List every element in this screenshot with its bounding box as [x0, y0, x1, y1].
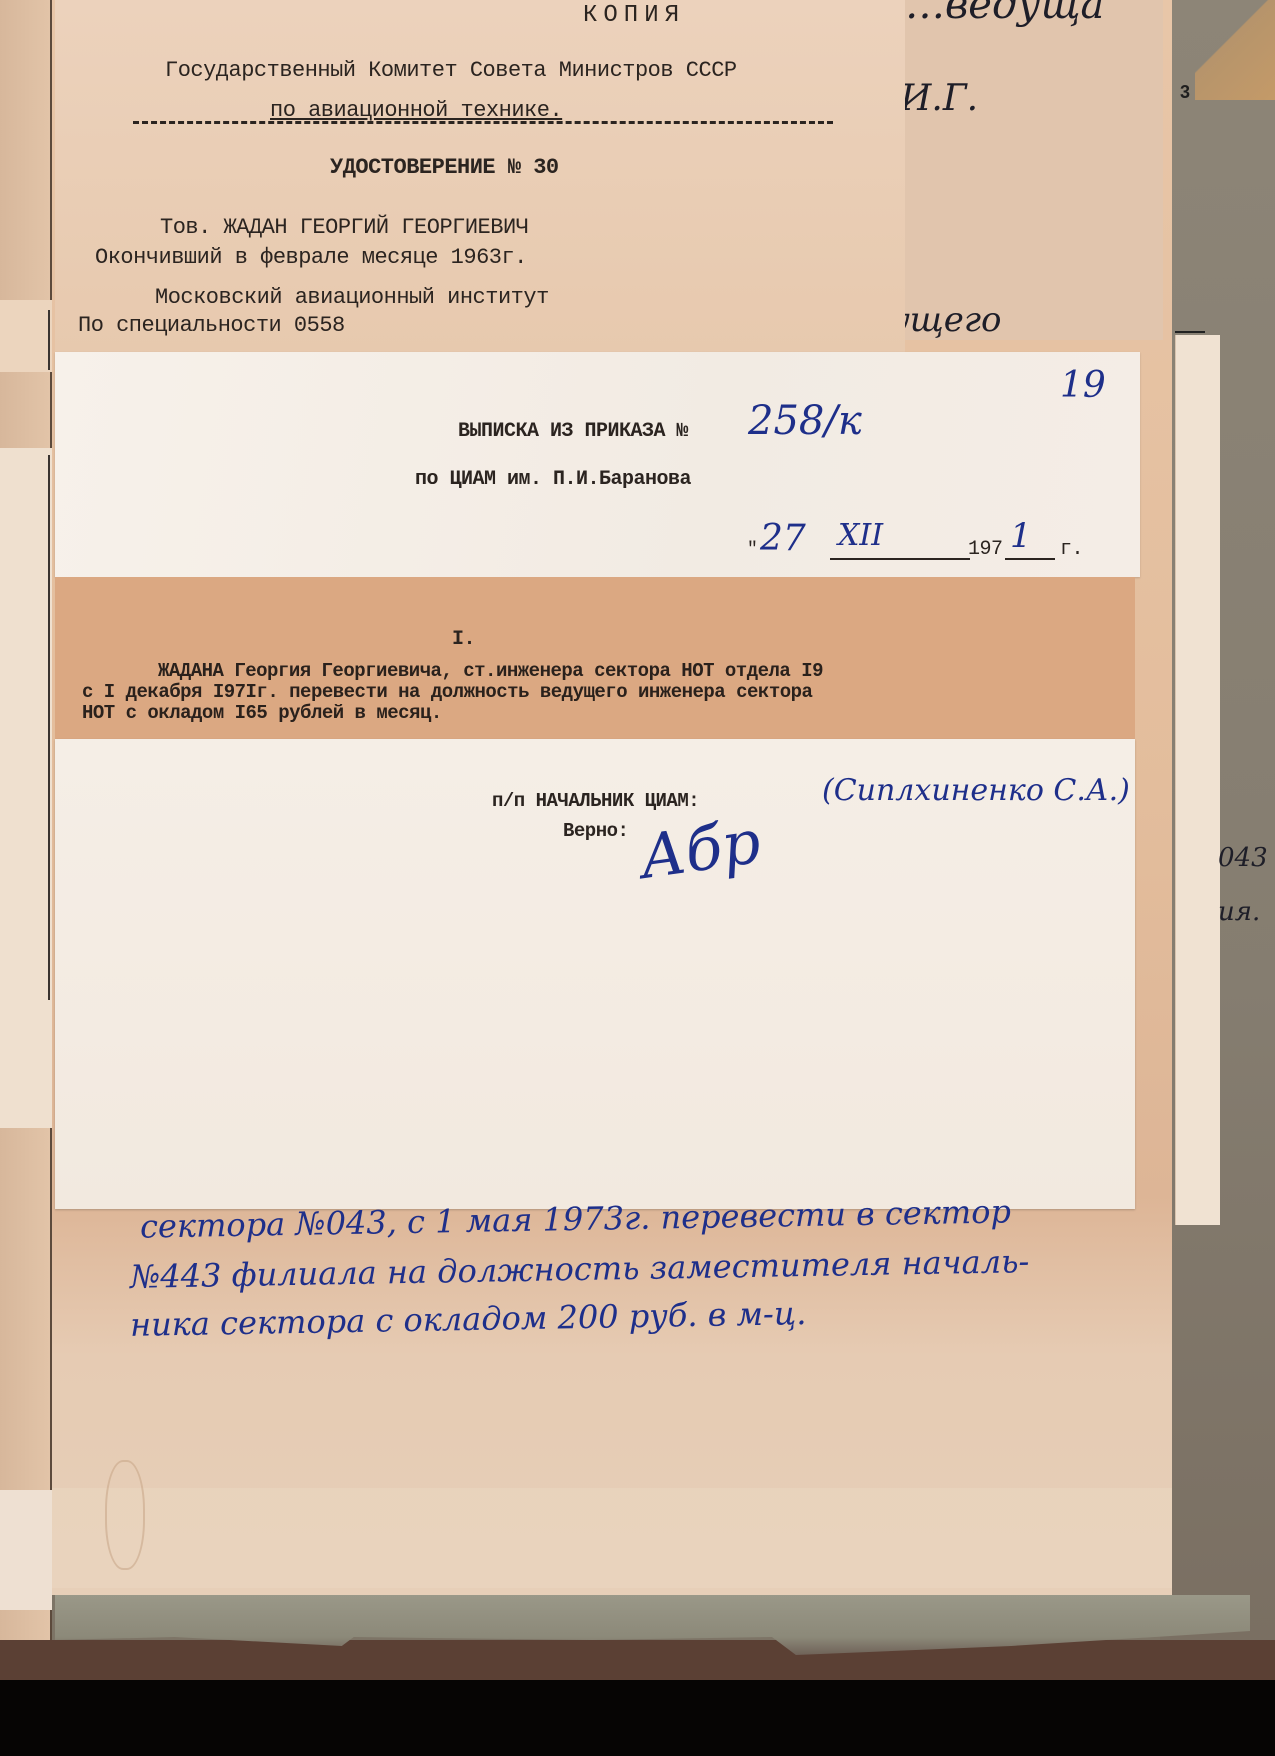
- underlying-form-strip: [0, 300, 52, 372]
- certificate-graduation: Окончивший в феврале месяце 1963г.: [95, 245, 527, 270]
- year-underline: [1005, 558, 1055, 560]
- order-year-digit: 1: [1010, 516, 1032, 556]
- handwritten-margin-note: 043: [1218, 843, 1268, 873]
- water-stain: [105, 1460, 145, 1570]
- department-heading: по авиационной технике.: [270, 98, 562, 123]
- certificate-title: УДОСТОВЕРЕНИЕ № 30: [330, 155, 559, 180]
- order-date-day: 27: [760, 518, 806, 559]
- order-body-line: НОТ с окладом I65 рублей в месяц.: [82, 702, 442, 724]
- binder-bottom-edge: [0, 1640, 1275, 1682]
- date-underline: [830, 558, 970, 560]
- handwritten-fragment: …ведуща: [905, 0, 1104, 28]
- sheet-fade: [52, 1488, 1172, 1588]
- copy-mark: КОПИЯ: [583, 2, 685, 29]
- order-body-line: с I декабря I97Iг. перевести на должност…: [82, 681, 812, 703]
- order-date-month: XII: [838, 518, 883, 553]
- committee-heading: Государственный Комитет Совета Министров…: [165, 58, 737, 83]
- certificate-specialty: По специальности 0558: [78, 313, 345, 338]
- scan-background: [0, 1680, 1275, 1756]
- page-number: 3: [1180, 82, 1190, 103]
- order-section-number: I.: [452, 628, 475, 651]
- handwritten-initials: И.Г.: [900, 78, 978, 119]
- scanned-document: …ведуща И.Г. ущего 3 043 ия. КОПИЯ Госуд…: [0, 0, 1275, 1660]
- form-rule: [48, 455, 50, 1000]
- date-quote: ": [747, 540, 757, 560]
- order-year-prefix: 197: [968, 538, 1003, 561]
- underlying-form-strip: [0, 448, 52, 1128]
- handwritten-margin-note: ия.: [1218, 897, 1260, 927]
- order-body-line: ЖАДАНА Георгия Георгиевича, ст.инженера …: [158, 660, 823, 682]
- certificate-name: Тов. ЖАДАН ГЕОРГИЙ ГЕОРГИЕВИЧ: [160, 215, 528, 240]
- order-number: 258/к: [748, 398, 862, 444]
- order-title: ВЫПИСКА ИЗ ПРИКАЗА №: [458, 420, 688, 443]
- attest-label: Верно:: [563, 820, 628, 842]
- signatory-title: п/п НАЧАЛЬНИК ЦИАМ:: [492, 790, 699, 812]
- underlying-slip-right: [1175, 335, 1220, 1225]
- dashed-rule: [133, 121, 833, 124]
- order-organization: по ЦИАМ им. П.И.Баранова: [415, 468, 691, 491]
- underlying-sheet-right: [905, 0, 1163, 340]
- certificate-institute: Московский авиационный институт: [155, 285, 549, 310]
- sheet-number: 19: [1060, 365, 1106, 406]
- signatory-name: (Сиплхиненко С.А.): [822, 773, 1130, 808]
- page-rule: [1175, 331, 1205, 333]
- handwritten-fragment: ущего: [890, 300, 1002, 340]
- order-year-suffix: г.: [1060, 538, 1083, 561]
- underlying-form-strip: [0, 1490, 52, 1610]
- form-rule: [48, 310, 50, 370]
- binder-fold-corner: [1195, 0, 1275, 100]
